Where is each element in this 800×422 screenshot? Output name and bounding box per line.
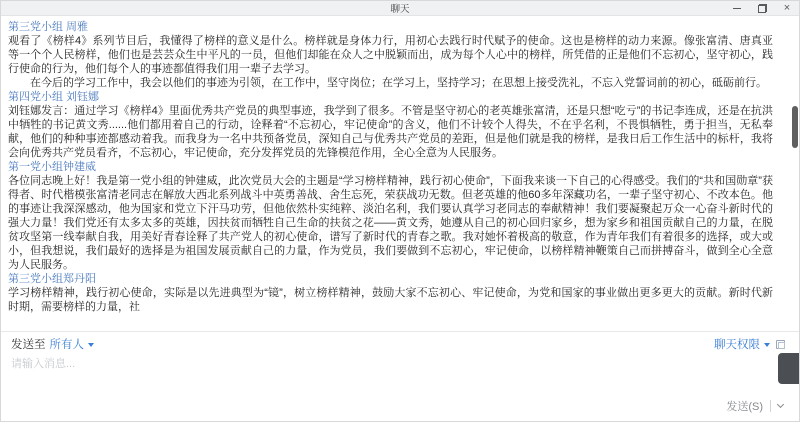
restore-button[interactable] — [756, 2, 768, 15]
chat-permission-dropdown[interactable]: 聊天权限 — [714, 336, 785, 352]
titlebar: 聊天 × — [1, 1, 799, 16]
speech-paragraph: 在今后的学习工作中，我会以他们的事迹为引领，在工作中，坚守岗位；在学习上，坚持学… — [8, 76, 773, 90]
send-options-chevron-icon[interactable] — [777, 401, 784, 408]
minimize-button[interactable] — [731, 2, 743, 15]
group-heading: 第一党小组钟建威 — [8, 160, 773, 174]
close-button[interactable]: × — [781, 2, 793, 15]
divider — [770, 400, 771, 412]
expand-icon[interactable] — [776, 340, 785, 349]
send-button-label: 发送(S) — [726, 398, 763, 414]
chevron-down-icon — [88, 343, 94, 347]
restore-icon — [758, 4, 767, 13]
window-controls: × — [731, 1, 793, 16]
group-heading: 第四党小组 刘钰娜 — [8, 90, 773, 104]
speech-paragraph: 学习榜样精神，践行初心使命，实际是以先进典型为“镜”，树立榜样精神，鼓励大家不忘… — [8, 286, 773, 314]
compose-area: 发送至 所有人 聊天权限 发送(S) — [1, 331, 799, 421]
send-button[interactable]: 发送(S) — [726, 398, 783, 414]
content-scrollbar-thumb[interactable] — [792, 106, 798, 148]
message-content: 第三党小组 周雅观看了《榜样4》系列节目后，我懂得了榜样的意义是什么。榜样就是身… — [1, 17, 799, 331]
speech-paragraph: 观看了《榜样4》系列节目后，我懂得了榜样的意义是什么。榜样就是身体力行，用初心去… — [8, 34, 773, 76]
speech-paragraph: 各位同志晚上好！我是第一党小组的钟建威，此次党员大会的主题是“学习榜样精神，践行… — [8, 174, 773, 272]
chat-permission-label: 聊天权限 — [714, 336, 760, 352]
close-icon: × — [784, 2, 790, 15]
minimize-icon — [733, 8, 741, 9]
group-heading: 第三党小组郑丹阳 — [8, 272, 773, 286]
send-to-value: 所有人 — [50, 336, 85, 352]
send-to-label: 发送至 — [11, 336, 46, 352]
speech-paragraph: 刘钰娜发言：通过学习《榜样4》里面优秀共产党员的典型事迹，我学到了很多。不管是坚… — [8, 104, 773, 160]
chevron-down-icon — [764, 343, 770, 347]
group-heading: 第三党小组 周雅 — [8, 20, 773, 34]
input-scrollbar-thumb[interactable] — [778, 353, 799, 384]
send-to-dropdown[interactable]: 所有人 — [50, 336, 95, 352]
send-options-row: 发送至 所有人 聊天权限 — [1, 332, 799, 352]
window-title: 聊天 — [390, 1, 409, 15]
chat-window: 聊天 × 第三党小组 周雅观看了《榜样4》系列节目后，我懂得了榜样的意义是什么。… — [0, 0, 800, 422]
message-input[interactable] — [11, 355, 753, 403]
